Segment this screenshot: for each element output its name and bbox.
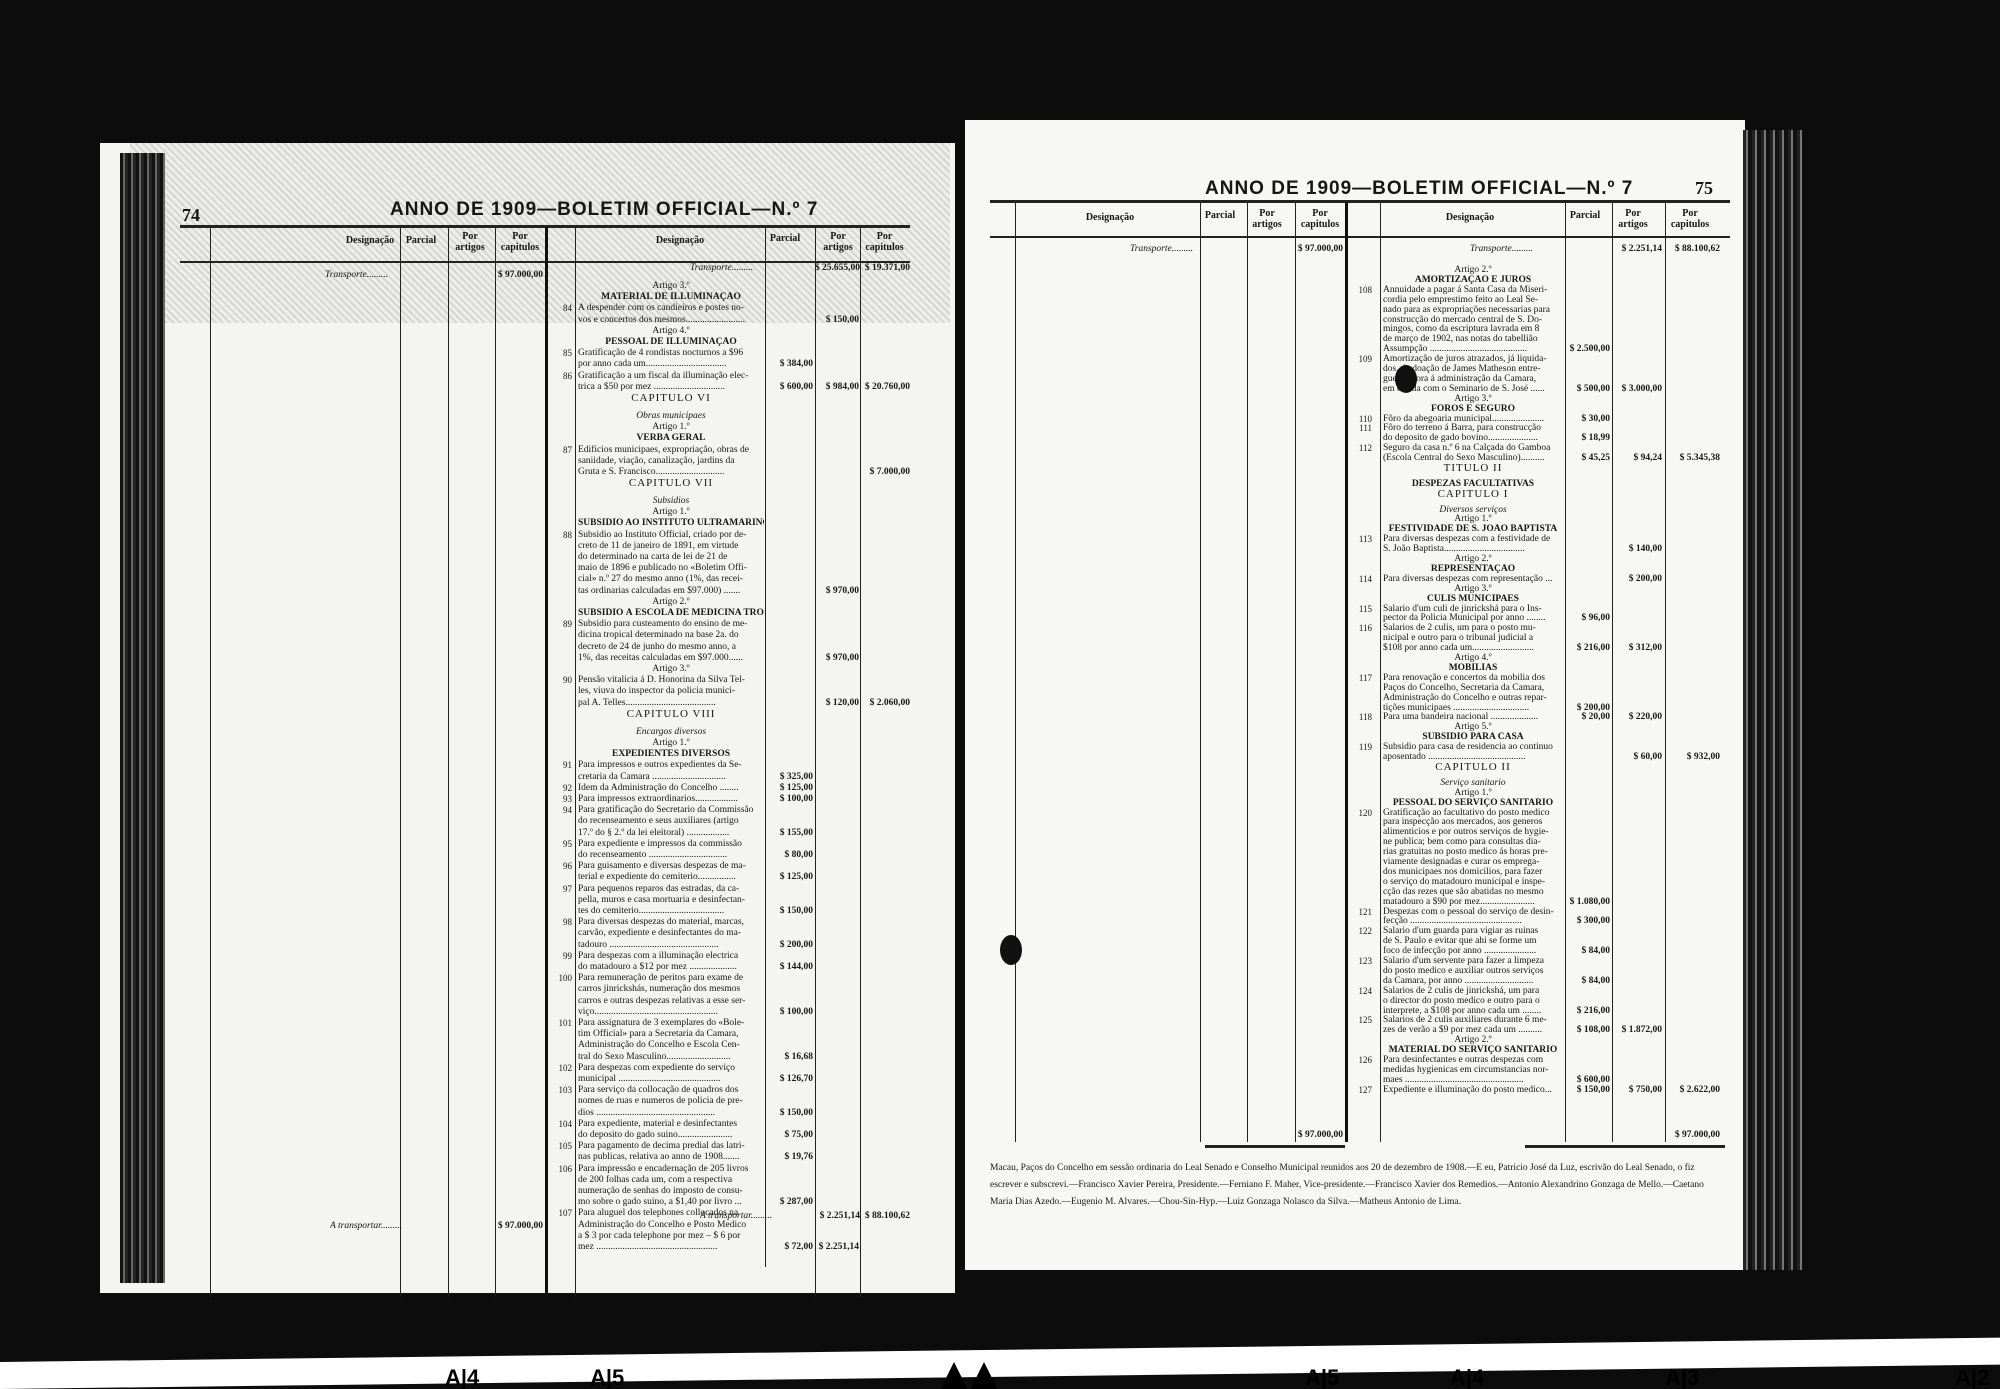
designacao-text: Artigo 1.º [578,738,764,749]
designacao-text: viço....................................… [578,1007,764,1018]
verba-number: 120 [1350,808,1372,818]
verba-number: 105 [550,1141,572,1151]
parcial-amount: $ 384,00 [765,359,813,369]
artigos-amount: $ 984,00 [815,382,859,392]
designacao-text: por anno cada um........................… [578,359,764,370]
verba-number: 84 [550,303,572,313]
designacao-text: Gruta e S. Francisco....................… [578,467,764,478]
designacao-text: Para expediente, material e desinfectant… [578,1119,764,1130]
parcial-amount: $ 125,00 [765,872,813,882]
designacao-text: de 200 folhas cada um, com a respectiva [578,1175,764,1186]
parcial-amount: $ 84,00 [1565,946,1610,956]
parcial-amount: $ 20,00 [1565,712,1610,722]
col-artigos: Por artigos [450,231,490,253]
col-capitulos-2: Por capitulos [862,231,907,253]
parcial-amount: $ 150,00 [765,1108,813,1118]
capitulos-amount: $ 5.345,38 [1665,453,1720,463]
designacao-text: mez ....................................… [578,1242,764,1253]
parcial-amount: $ 19,76 [765,1152,813,1162]
verba-number: 99 [550,951,572,961]
capitulos-amount: $ 932,00 [1665,752,1720,762]
parcial-amount: $ 30,00 [1565,414,1610,424]
col-parcial-2: Parcial [1565,210,1605,221]
transporte-amount: $ 97.000,00 [1295,244,1343,254]
left-page: 74 ANNO DE 1909—BOLETIM OFFICIAL—N.º 7 D… [100,143,955,1293]
designacao-text: Para assignatura de 3 exemplares do «Bol… [578,1018,764,1029]
artigos-amount: $ 1.872,00 [1612,1025,1662,1035]
designacao-text: Artigo 3.º [578,664,764,675]
designacao-text: Gratificação de 4 rondistas nocturnos a … [578,348,764,359]
capitulos-amount: $ 2.622,00 [1665,1085,1720,1095]
capitulos-amount: $ 2.060,00 [860,698,910,708]
designacao-text: A despender com os candieiros e postes n… [578,303,764,314]
verba-number: 106 [550,1164,572,1174]
designacao-text: Edificios municipaes, expropriação, obra… [578,445,764,456]
designacao-text: Artigo 4.º [578,326,764,337]
designacao-text: a $ 3 por cada telephone por mez – $ 6 p… [578,1231,764,1242]
designacao-text: creto de 11 de janeiro de 1891, em virtu… [578,541,764,552]
verba-number: 97 [550,884,572,894]
verba-number: 122 [1350,926,1372,936]
designacao-text: Para diversas despezas do material, marc… [578,917,764,928]
designacao-text: 17.º do § 2.º da lei eleitoral) ........… [578,828,764,839]
parcial-amount: $ 125,00 [765,783,813,793]
ink-blot [1395,365,1417,393]
verba-number: 114 [1350,574,1372,584]
designacao-text: Para despezas com a illuminação electric… [578,951,764,962]
verba-number: 119 [1350,742,1372,752]
verba-number: 118 [1350,712,1372,722]
designacao-text: Para serviço da collocação de quadros do… [578,1085,764,1096]
col-parcial: Parcial [400,235,442,246]
col-capitulos: Por capitulos [495,231,545,253]
verba-number: 102 [550,1063,572,1073]
verba-number: 87 [550,445,572,455]
verba-number: 93 [550,794,572,804]
designacao-text: pella, muros e casa mortuaria e desinfec… [578,895,764,906]
artigos-amount: $ 750,00 [1612,1085,1662,1095]
designacao-text: do determinado na carta de lei de 21 de [578,552,764,563]
designacao-text: do recenseamento e seus auxiliares (arti… [578,816,764,827]
page-header: ANNO DE 1909—BOLETIM OFFICIAL—N.º 7 [390,199,818,221]
page-number: 75 [1695,178,1713,199]
page-number: 74 [182,205,200,226]
designacao-text: maio de 1896 e publicado no «Boletim Off… [578,563,764,574]
designacao-text: nomes de ruas e numeros de policia de pr… [578,1096,764,1107]
parcial-amount: $ 100,00 [765,794,813,804]
designacao-text: Subsidios [578,496,764,507]
designacao-text: 1%, das receitas calculadas em $97.000..… [578,653,764,664]
designacao-text: do recenseamento .......................… [578,850,764,861]
col-artigos: Por artigos [1247,208,1287,230]
designacao-text: Para pagamento de decima predial das lat… [578,1141,764,1152]
designacao-text: Artigo 1.º [578,507,764,518]
verba-number: 98 [550,917,572,927]
scanner-mark: A|2 [1955,1365,1989,1389]
designacao-text: SUBSIDIO Á ESCOLA DE MEDICINA TROPICAL [578,608,764,619]
verba-number: 107 [550,1208,572,1218]
designacao-text: tim Official» para a Secretaria da Camar… [578,1029,764,1040]
verba-number: 101 [550,1018,572,1028]
designacao-text: carros jinrickshás, numeração dos mesmos [578,984,764,995]
transporte-label: Transporte......... [325,270,388,281]
parcial-amount: $ 72,00 [765,1242,813,1252]
artigos-amount: $ 150,00 [815,315,859,325]
verba-number: 125 [1350,1015,1372,1025]
verba-number: 95 [550,839,572,849]
artigos-amount: $ 970,00 [815,653,859,663]
parcial-amount: $ 18,99 [1565,433,1610,443]
scanner-strip [0,1338,2000,1389]
parcial-amount: $ 500,00 [1565,384,1610,394]
scanner-mark: A|4 [1450,1365,1484,1389]
designacao-text: Para gratificação do Secretario da Commi… [578,805,764,816]
book-page-edge [1743,130,1803,1270]
designacao-text: mo sobre o gado suino, a $1,40 por livro… [578,1197,764,1208]
parcial-amount: $ 108,00 [1565,1025,1610,1035]
designacao-text: Para despezas com expediente do serviço [578,1063,764,1074]
verba-number: 100 [550,973,572,983]
designacao-text: cretaria da Camara .....................… [578,772,764,783]
designacao-text: tral do Sexo Masculino..................… [578,1052,764,1063]
designacao-text: Para remuneração de peritos para exame d… [578,973,764,984]
artigos-amount: $ 140,00 [1612,544,1662,554]
designacao-text: les, viuva do inspector da policia munic… [578,686,764,697]
parcial-amount: $ 216,00 [1565,1006,1610,1016]
col-parcial: Parcial [1200,210,1240,221]
total-amount-2: $ 97.000,00 [1665,1130,1720,1140]
verba-number: 110 [1350,414,1372,424]
designacao-text: do deposito do gado suino...............… [578,1130,764,1141]
designacao-text: nas publicas, relativa ao anno de 1908..… [578,1152,764,1163]
designacao-text: EXPEDIENTES DIVERSOS [578,749,764,760]
designacao-text: carros e outras despezas relativas a ess… [578,996,764,1007]
designacao-text: pal A. Telles...........................… [578,698,764,709]
artigos-amount: $ 970,00 [815,586,859,596]
total-amount: $ 97.000,00 [1295,1130,1343,1140]
ink-blot [1000,935,1022,965]
right-page: ANNO DE 1909—BOLETIM OFFICIAL—N.º 7 75 D… [965,120,1745,1270]
footer-signatures: Macau, Paços do Concelho em sessão ordin… [990,1160,1710,1211]
parcial-amount: $ 45,25 [1565,453,1610,463]
verba-number: 123 [1350,956,1372,966]
parcial-amount: $ 144,00 [765,962,813,972]
designacao-text: tadouro ................................… [578,940,764,951]
designacao-text: Subsidio ao Instituto Official, criado p… [578,530,764,541]
designacao-text: Artigo 3.º [578,281,764,292]
col-artigos-2: Por artigos [1613,208,1653,230]
designacao-text: dios ...................................… [578,1108,764,1119]
artigos-amount: $ 94,24 [1612,453,1662,463]
designacao-text: Para impressão e encadernação de 205 liv… [578,1164,764,1175]
artigos-amount: $ 60,00 [1612,752,1662,762]
designacao-text: Artigo 2.º [578,597,764,608]
scanner-mark: A|3 [1665,1365,1699,1389]
designacao-text: carvão, expediente e desinfectantes do m… [578,928,764,939]
designacao-text: saniidade, viação, canalização, jardins … [578,456,764,467]
verba-number: 92 [550,783,572,793]
parcial-amount: $ 216,00 [1565,643,1610,653]
designacao-text: tas ordinarias calculadas em $97.000) ..… [578,586,764,597]
verba-number: 90 [550,675,572,685]
parcial-amount: $ 100,00 [765,1007,813,1017]
artigos-amount: $ 2.251,14 [815,1242,859,1252]
designacao-text: Obras municipaes [578,411,764,422]
a-transportar-label: A transportar......... [330,1221,402,1232]
designacao-text: VERBA GERAL [578,433,764,444]
designacao-text: Expediente e illuminação do posto medico… [1383,1085,1563,1096]
designacao-text: terial e expediente do cemiterio........… [578,872,764,883]
verba-number: 108 [1350,285,1372,295]
parcial-amount: $ 2.500,00 [1565,344,1610,354]
designacao-text: Para impressos extraordinarios..........… [578,794,764,805]
designacao-text: Para expediente e impressos da commissão [578,839,764,850]
verba-number: 89 [550,619,572,629]
parcial-amount: $ 155,00 [765,828,813,838]
parcial-amount: $ 84,00 [1565,976,1610,986]
designacao-text: numeração de senhas do imposto de consu- [578,1186,764,1197]
parcial-amount: $ 287,00 [765,1197,813,1207]
artigos-amount: $ 312,00 [1612,643,1662,653]
parcial-amount: $ 75,00 [765,1130,813,1140]
designacao-text: dicina tropical determinado na base 2a. … [578,630,764,641]
artigos-amount: $ 120,00 [815,698,859,708]
verba-number: 85 [550,348,572,358]
designacao-text: CAPITULO VIII [578,709,764,720]
parcial-amount: $ 600,00 [1565,1075,1610,1085]
verba-number: 117 [1350,673,1372,683]
transporte-label-2: Transporte......... [1470,244,1533,255]
designacao-text: Para guisamento e diversas despezas de m… [578,861,764,872]
designacao-text: Gratificação a um fiscal da illuminação … [578,371,764,382]
a-transportar-artigos: $ 2.251,14 [810,1211,860,1221]
scanner-mark: A|5 [590,1365,624,1389]
book-spine-edge [120,153,165,1283]
designacao-text: SUBSIDIO AO INSTITUTO ULTRAMARINO [578,518,764,529]
col-designacao: Designação [335,235,405,246]
transporte-capitulos: $ 88.100,62 [1665,244,1720,254]
designacao-text: MATERIAL DE ILLUMINAÇÃO [578,292,764,303]
parcial-amount: $ 16,68 [765,1052,813,1062]
col-parcial-2: Parcial [765,233,805,244]
designacao-text: vos e concertos dos mesmos..............… [578,315,764,326]
scanner-mark: A|5 [1305,1365,1339,1389]
verba-number: 94 [550,805,572,815]
parcial-amount: $ 80,00 [765,850,813,860]
parcial-amount: $ 300,00 [1565,916,1610,926]
parcial-amount: $ 600,00 [765,382,813,392]
transporte-label: Transporte......... [1130,244,1193,255]
scanner-arrow-right [970,1362,998,1389]
verba-number: 111 [1350,423,1372,433]
a-transportar-capitulos: $ 88.100,62 [858,1211,910,1221]
designacao-text: Para impressos e outros expedientes da S… [578,760,764,771]
designacao-text: CAPITULO I [1383,489,1563,500]
col-designacao-2: Designação [1420,212,1520,223]
parcial-amount: $ 1.080,00 [1565,897,1610,907]
verba-number: 109 [1350,354,1372,364]
verba-number: 124 [1350,986,1372,996]
verba-number: 121 [1350,907,1372,917]
parcial-amount: $ 150,00 [765,906,813,916]
designacao-text: Artigo 1.º [578,422,764,433]
designacao-text: do matadouro a $12 por mez .............… [578,962,764,973]
designacao-text: TITULO II [1383,463,1563,474]
parcial-amount: $ 150,00 [1565,1085,1610,1095]
page-header: ANNO DE 1909—BOLETIM OFFICIAL—N.º 7 [1205,178,1633,200]
designacao-text: PESSOAL DE ILLUMINAÇÃO [578,337,764,348]
capitulos-amount: $ 7.000,00 [860,467,910,477]
a-transportar-label-2: A transportar......... [700,1211,772,1222]
scanner-mark: A|4 [445,1365,479,1389]
designacao-text: tes do cemiterio........................… [578,906,764,917]
designacao-text: decreto de 24 de junho do mesmo anno, a [578,642,764,653]
verba-number: 116 [1350,623,1372,633]
designacao-text: Subsidio para custeamento do ensino de m… [578,619,764,630]
designacao-text: Administração do Concelho e Escola Cen- [578,1040,764,1051]
designacao-text: trica a $50 por mez ....................… [578,382,764,393]
transporte-artigos: $ 2.251,14 [1610,244,1662,254]
col-artigos-2: Por artigos [818,231,858,253]
verba-number: 115 [1350,604,1372,614]
artigos-amount: $ 220,00 [1612,712,1662,722]
designacao-text: Para pequenos reparos das estradas, da c… [578,884,764,895]
designacao-text: CAPITULO VI [578,393,764,404]
verba-number: 104 [550,1119,572,1129]
verba-number: 103 [550,1085,572,1095]
parcial-amount: $ 200,00 [765,940,813,950]
parcial-amount: $ 126,70 [765,1074,813,1084]
transporte-amount: $ 97.000,00 [495,270,543,280]
capitulos-amount: $ 20.760,00 [860,382,910,392]
a-transportar-amount: $ 97.000,00 [495,1221,543,1231]
designacao-text: CAPITULO II [1383,762,1563,773]
verba-number: 127 [1350,1085,1372,1095]
scanner-arrow-left [940,1362,968,1389]
verba-number: 112 [1350,443,1372,453]
designacao-text: cial» n.º 27 do mesmo anno (1%, das rece… [578,574,764,585]
designacao-text: CAPITULO VII [578,478,764,489]
col-designacao: Designação [1065,212,1155,223]
verba-number: 91 [550,760,572,770]
artigos-amount: $ 200,00 [1612,574,1662,584]
designacao-text: Idem da Administração do Concelho ......… [578,783,764,794]
col-capitulos: Por capitulos [1295,208,1345,230]
transporte-capitulos: $ 19.371,00 [858,263,910,273]
verba-number: 126 [1350,1055,1372,1065]
col-designacao-2: Designação [640,235,720,246]
col-capitulos-2: Por capitulos [1665,208,1715,230]
verba-number: 96 [550,861,572,871]
parcial-amount: $ 96,00 [1565,613,1610,623]
transporte-label-2: Transporte......... [690,263,753,274]
designacao-text: municipal ..............................… [578,1074,764,1085]
verba-number: 113 [1350,534,1372,544]
designacao-text: Encargos diversos [578,727,764,738]
verba-number: 86 [550,371,572,381]
verba-number: 88 [550,530,572,540]
artigos-amount: $ 3.000,00 [1612,384,1662,394]
designacao-text: Pensão vitalicia á D. Honorina da Silva … [578,675,764,686]
parcial-amount: $ 325,00 [765,772,813,782]
transporte-artigos: $ 25.655,00 [805,263,860,273]
